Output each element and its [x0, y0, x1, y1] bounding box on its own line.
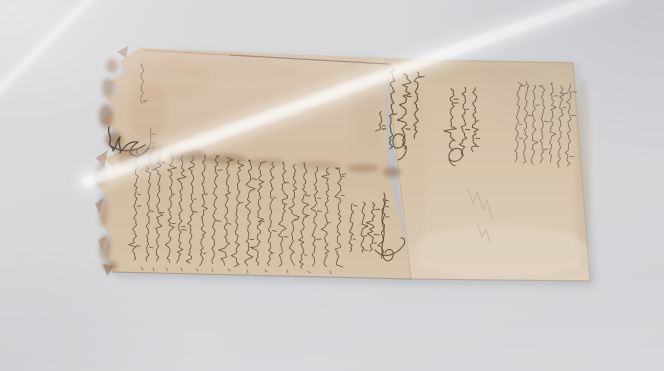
photo-of-manuscript [0, 0, 664, 371]
manuscript-scene [0, 0, 664, 371]
